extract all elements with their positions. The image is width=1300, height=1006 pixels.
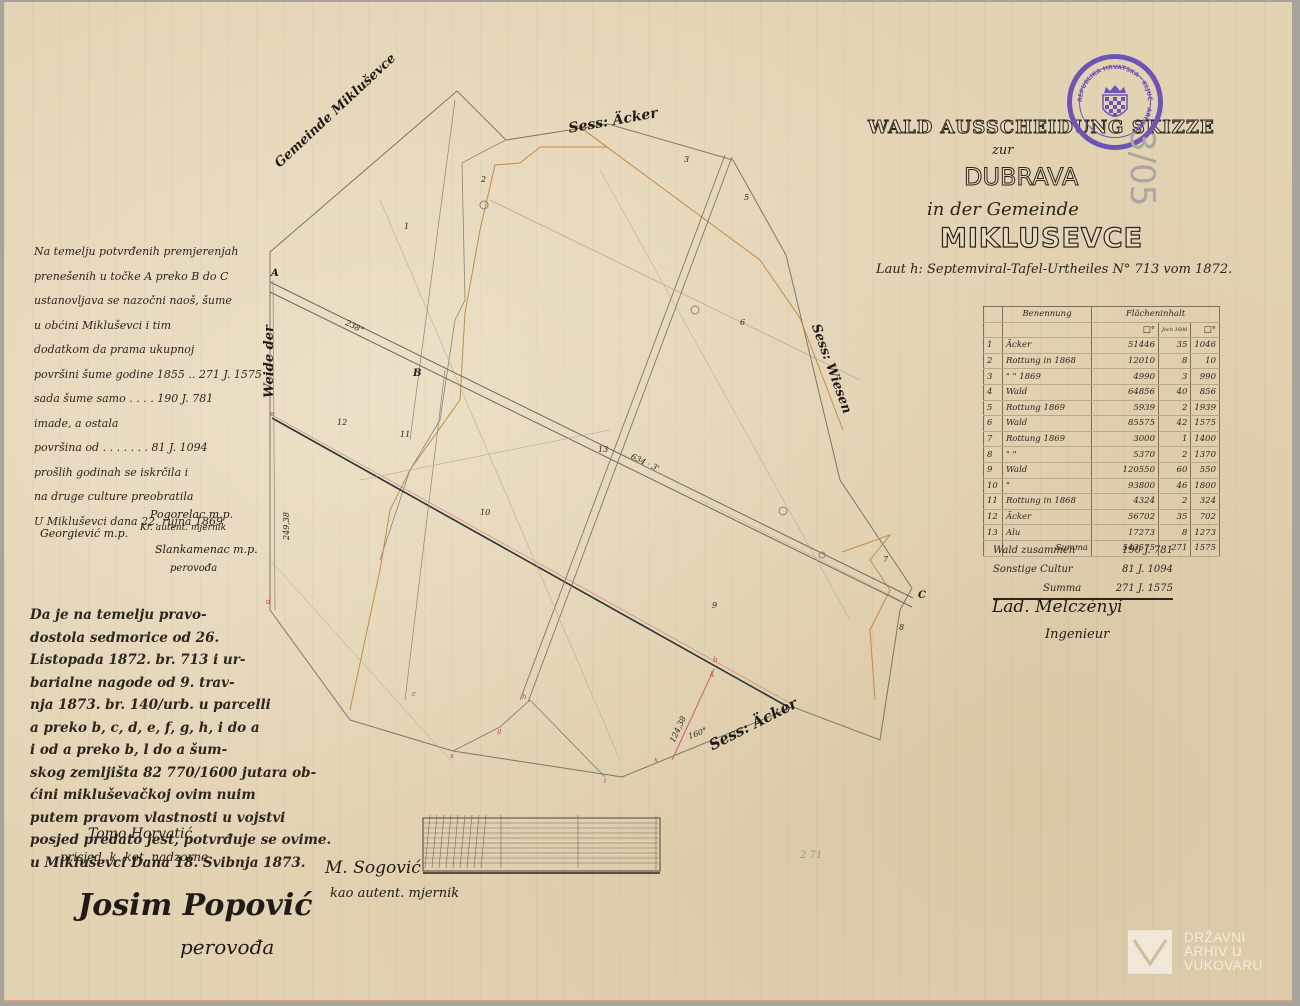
municipality-name: MIKLUSEVCE — [940, 223, 1143, 254]
svg-text:b: b — [713, 656, 718, 664]
signature-sogovic: M. Sogović — [325, 858, 421, 878]
parcel-number: 1 — [404, 222, 409, 231]
parcel-number: 3 — [684, 155, 689, 164]
title-in-der-gemeinde: in der Gemeinde — [927, 199, 1079, 220]
signature-engineer-name: Lad. Melczényi — [992, 597, 1123, 617]
survey-point-b: B — [413, 368, 421, 379]
survey-point-c: C — [918, 590, 926, 601]
signature-engineer-role: Ingenieur — [1045, 627, 1109, 642]
signature-slankamenac-role: perovođa — [170, 563, 217, 574]
signature-horvatic: Tomo Horvatić — [88, 826, 192, 842]
signature-pogorelac-role: Kr. autent. mjernik — [140, 523, 226, 533]
signature-horvatic-role: prisjed. k. kot. nadzorne — [60, 850, 208, 864]
svg-text:h: h — [522, 693, 527, 701]
parcel-number: 11 — [400, 430, 410, 439]
archive-watermark: DRŽAVNI ARHIV U VUKOVARU — [1128, 930, 1263, 974]
header-flacheninhalt: Flächeninhalt — [1092, 307, 1220, 323]
parcel-number: 10 — [480, 508, 490, 517]
table-row: 5Rottung 1869593921939 — [984, 400, 1220, 416]
parcel-number: 13 — [598, 445, 608, 454]
table-row: 7Rottung 1869300011400 — [984, 431, 1220, 447]
parcel-number: 9 — [712, 601, 717, 610]
parcel-number: 6 — [740, 318, 745, 327]
table-row: 6Wald85575421575 — [984, 416, 1220, 432]
svg-text:x: x — [654, 756, 658, 764]
parcel-number: 12 — [337, 418, 347, 427]
signature-popovic: Josim Popović — [78, 888, 313, 923]
table-row: 10"93800461800 — [984, 478, 1220, 494]
svg-text:i: i — [604, 777, 606, 785]
title-zur: zur — [992, 143, 1013, 158]
watermark-line-1: DRŽAVNI — [1184, 931, 1263, 945]
place-name: DUBRAVA — [964, 163, 1078, 191]
svg-text:k: k — [710, 671, 714, 679]
watermark-line-3: VUKOVARU — [1184, 959, 1263, 973]
signature-sogovic-role: kao autent. mjernik — [330, 886, 459, 901]
table-row: 11Rottung in 186843242324 — [984, 494, 1220, 510]
parcel-number: 7 — [883, 555, 888, 564]
table-row: 8" "537021370 — [984, 447, 1220, 463]
table-row: 13Alu1727381273 — [984, 525, 1220, 541]
table-row: 3" " 186949903990 — [984, 369, 1220, 385]
header-benennung: Benennung — [1003, 307, 1092, 323]
pencil-small-note: 2 71 — [800, 850, 822, 861]
table-row: 2Rottung in 186812010810 — [984, 353, 1220, 369]
parcel-number: 2 — [481, 175, 486, 184]
area-legend-table: Benennung Flächeninhalt □° Joch 1600 □° … — [983, 306, 1220, 557]
table-row: 12Äcker5670235702 — [984, 509, 1220, 525]
title-reference: Laut h: Septemviral-Tafel-Urtheiles N° 7… — [876, 262, 1232, 277]
table-row: 4Wald6485640856 — [984, 384, 1220, 400]
svg-text:g: g — [497, 727, 502, 735]
signature-pogorelac: Pogorelac m.p. — [150, 508, 233, 521]
parcel-number: 5 — [744, 193, 749, 202]
parcel-number: 8 — [899, 623, 904, 632]
signature-georgievic: Georgiević m.p. — [40, 527, 128, 540]
table-row: 1Äcker51446351046 — [984, 338, 1220, 354]
signature-popovic-role: perovođa — [180, 935, 274, 959]
watermark-line-2: ARHIV U — [1184, 945, 1263, 959]
note-left-1869: Na temelju potvrđenih premjerenjah prene… — [34, 240, 274, 534]
table-row: 9Wald12055060550 — [984, 462, 1220, 478]
area-totals: Wald zusammen190 J. 781 Sonstige Cultur8… — [993, 541, 1173, 600]
dimension-left: 249,38 — [282, 512, 291, 540]
map-title: WALD AUSSCHEIDUNG SKIZZE — [868, 117, 1215, 138]
pencil-annotation: 3/05 — [1122, 130, 1162, 206]
signature-slankamenac: Slankamenac m.p. — [155, 543, 258, 556]
archive-logo-icon — [1128, 930, 1172, 974]
